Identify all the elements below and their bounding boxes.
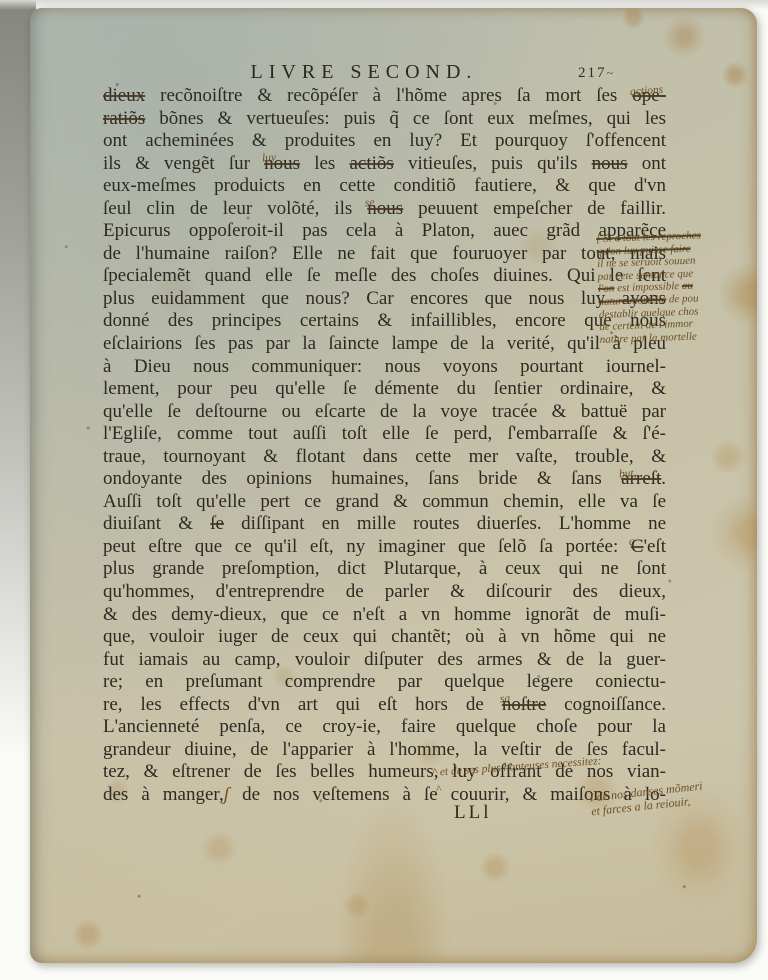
printed-text-block: dieux recõnoiſtre & recõpéſer à l'hõme a…: [103, 85, 666, 807]
struck-word: nousse: [367, 198, 403, 219]
body-line-19: Auſſi toſt qu'elle pert ce grand & commu…: [103, 491, 666, 514]
handwritten-correction: luy: [262, 153, 277, 165]
printed-text: re, les effects d'vn art qui eſt hors de: [103, 694, 502, 715]
body-line-13: à Dieu nous communiquer: nous voyons pou…: [103, 356, 666, 379]
printed-text: peut eſtre que ce qu'il eſt, ny imaginer…: [103, 536, 631, 557]
printed-text: 'eſt: [644, 536, 666, 557]
struck-word: ſe: [210, 513, 224, 534]
printed-text: plus grande preſomption, dict Plutarque,…: [103, 558, 666, 579]
printed-text: que, vouloir iuger de ceux qui chantẽt; …: [103, 626, 666, 647]
body-line-28: re, les effects d'vn art qui eſt hors de…: [103, 694, 666, 717]
handwritten-correction: actions: [630, 84, 664, 97]
struck-word: actiõs: [349, 153, 393, 174]
printed-text: ondoyante des opinions humaines, ſans br…: [103, 468, 621, 489]
printed-text: ſpecialemẽt quand elle ſe meſle des choſ…: [103, 265, 666, 286]
book-page: LIVRE SECOND. 217~ dieux recõnoiſtre & r…: [30, 8, 757, 963]
body-line-2: ratiõs bõnes & vertueuſes: puis q̃ ce ſo…: [103, 108, 666, 131]
handwritten-margin-note: [ Si a tout les reprochesqu'on luy puiss…: [596, 227, 757, 346]
body-line-27: re; en preſumant comprendre par quelque …: [103, 671, 666, 694]
printed-text: L'ancienneté penſa, ce croy-ie, faire qu…: [103, 716, 666, 737]
printed-text: vitieuſes, puis qu'ils: [394, 153, 592, 174]
scan-canvas: { "document": { "header": { "title": "LI…: [0, 0, 768, 980]
printed-text: de l'humaine raiſon? Elle ne fait que fo…: [103, 243, 666, 264]
handwritten-correction: c: [629, 536, 635, 547]
body-line-17: traue, tournoyant & flotant dans cette m…: [103, 446, 666, 469]
printed-text: les: [300, 153, 349, 174]
printed-text: ont acheminées & produites en luy? Et po…: [103, 130, 666, 151]
printed-text: qu'elle ſe deſtourne ou eſcarte de la vo…: [103, 401, 666, 422]
body-line-9: ſpecialemẽt quand elle ſe meſle des choſ…: [103, 265, 666, 288]
body-line-11: donné des principes certains & infaillib…: [103, 310, 666, 333]
body-line-14: lement, pour peu qu'elle ſe démente du ſ…: [103, 378, 666, 401]
page-number-value: 217: [578, 65, 607, 81]
struck-word: au: [682, 280, 693, 292]
handwritten-correction: se: [365, 198, 375, 210]
struck-word: nous: [592, 153, 628, 174]
handwritten-correction: but: [619, 468, 634, 480]
body-line-1: dieux recõnoiſtre & recõpéſer à l'hõme a…: [103, 85, 666, 108]
printed-text: à Dieu nous communiquer: nous voyons pou…: [103, 356, 666, 377]
printed-text: ſeul clin de leur volõté, ils: [103, 198, 367, 219]
printed-text: des à manger,: [103, 784, 224, 805]
body-line-10: plus euidamment que nous? Car encores qu…: [103, 288, 666, 311]
printed-text: eux-meſmes produicts en cette conditiõ f…: [103, 175, 666, 196]
page-number: 217~: [578, 65, 615, 82]
printed-text: tez, & eſtrener de ſes belles humeurs: [103, 761, 434, 782]
struck-word: Cc: [631, 536, 644, 557]
struck-word: noſtresa: [502, 694, 546, 715]
body-line-8: de l'humaine raiſon? Elle ne fait que fo…: [103, 243, 666, 266]
printed-text: l'Egliſe, comme tout auſſi toſt elle ſe …: [103, 423, 666, 444]
body-line-31: tez, & eſtrener de ſes belles humeurs^ e…: [103, 761, 666, 784]
body-line-18: ondoyante des opinions humaines, ſans br…: [103, 468, 666, 491]
printed-text: eſclairions ſes pas par la ſaincte lampe…: [103, 333, 666, 354]
body-line-7: Epicurus oppoſeroit-il pas cela à Platon…: [103, 220, 666, 243]
handwritten-correction: ^: [435, 784, 441, 795]
printed-text: bõnes & vertueuſes: puis q̃ ce ſont eux …: [145, 108, 666, 129]
body-line-24: & des demy-dieux, que ce n'eſt a vn homm…: [103, 604, 666, 627]
body-line-3: ont acheminées & produites en luy? Et po…: [103, 130, 666, 153]
body-line-25: que, vouloir iuger de ceux qui chantẽt; …: [103, 626, 666, 649]
struck-word: ratiõs: [103, 108, 145, 129]
body-line-15: qu'elle ſe deſtourne ou eſcarte de la vo…: [103, 401, 666, 424]
struck-word: nousluy: [264, 153, 300, 174]
printed-text: qu'hommes, d'entreprendre de parler & di…: [103, 581, 666, 602]
printed-text: plus euidamment que nous? Car encores qu…: [103, 288, 666, 309]
printed-text: .: [661, 468, 666, 489]
printed-text: peuuent empeſcher de faillir.: [403, 198, 666, 219]
body-line-32: des à manger,ʃ de nos veſtemens à ſe^ co…: [103, 784, 666, 807]
handwritten-correction: sa: [499, 694, 510, 706]
body-line-21: peut eſtre que ce qu'il eſt, ny imaginer…: [103, 536, 666, 559]
body-line-4: ils & vengẽt ſur nousluy les actiõs viti…: [103, 153, 666, 176]
printed-text: traue, tournoyant & flotant dans cette m…: [103, 446, 666, 467]
body-line-12: eſclairions ſes pas par la ſaincte lampe…: [103, 333, 666, 356]
printed-text: fut iamais au camp, vouloir diſputer des…: [103, 649, 666, 670]
body-line-23: qu'hommes, d'entreprendre de parler & di…: [103, 581, 666, 604]
pen-flourish: ~: [607, 66, 616, 80]
struck-word: l'on: [598, 283, 615, 296]
printed-text: ont: [628, 153, 666, 174]
printed-text: Epicurus oppoſeroit-il pas cela à Platon…: [103, 220, 666, 241]
printed-text: de nos veſtemens à ſe: [229, 784, 437, 805]
body-line-6: ſeul clin de leur volõté, ils nousse peu…: [103, 198, 666, 221]
struck-word: dieux: [103, 85, 145, 106]
body-line-26: fut iamais au camp, vouloir diſputer des…: [103, 649, 666, 672]
body-line-5: eux-meſmes produicts en cette conditiõ f…: [103, 175, 666, 198]
printed-text: & des demy-dieux, que ce n'eſt a vn homm…: [103, 604, 666, 625]
struck-word: ope-actions: [632, 85, 666, 106]
body-line-29: L'ancienneté penſa, ce croy-ie, faire qu…: [103, 716, 666, 739]
printed-text: donné des principes certains & infaillib…: [103, 310, 666, 331]
struck-word: arreſtbut: [621, 468, 661, 489]
printed-text: Auſſi toſt qu'elle pert ce grand & commu…: [103, 491, 666, 512]
printed-text: recõnoiſtre & recõpéſer à l'hõme apres ſ…: [145, 85, 632, 106]
body-line-16: l'Egliſe, comme tout auſſi toſt elle ſe …: [103, 423, 666, 446]
printed-text: re; en preſumant comprendre par quelque …: [103, 671, 666, 692]
printed-text: cognoiſſance.: [546, 694, 666, 715]
body-line-20: diuiſant & ſe diſſipant en mille routes …: [103, 513, 666, 536]
printed-text: nature par la mortelle: [600, 330, 697, 345]
printed-text: ils & vengẽt ſur: [103, 153, 264, 174]
printed-text: diſſipant en mille routes diuerſes. L'ho…: [224, 513, 666, 534]
gathering-signature: LLl: [454, 802, 492, 824]
printed-text: lement, pour peu qu'elle ſe démente du ſ…: [103, 378, 666, 399]
body-line-22: plus grande preſomption, dict Plutarque,…: [103, 558, 666, 581]
printed-text: diuiſant &: [103, 513, 210, 534]
printed-text: de pou: [666, 292, 699, 305]
